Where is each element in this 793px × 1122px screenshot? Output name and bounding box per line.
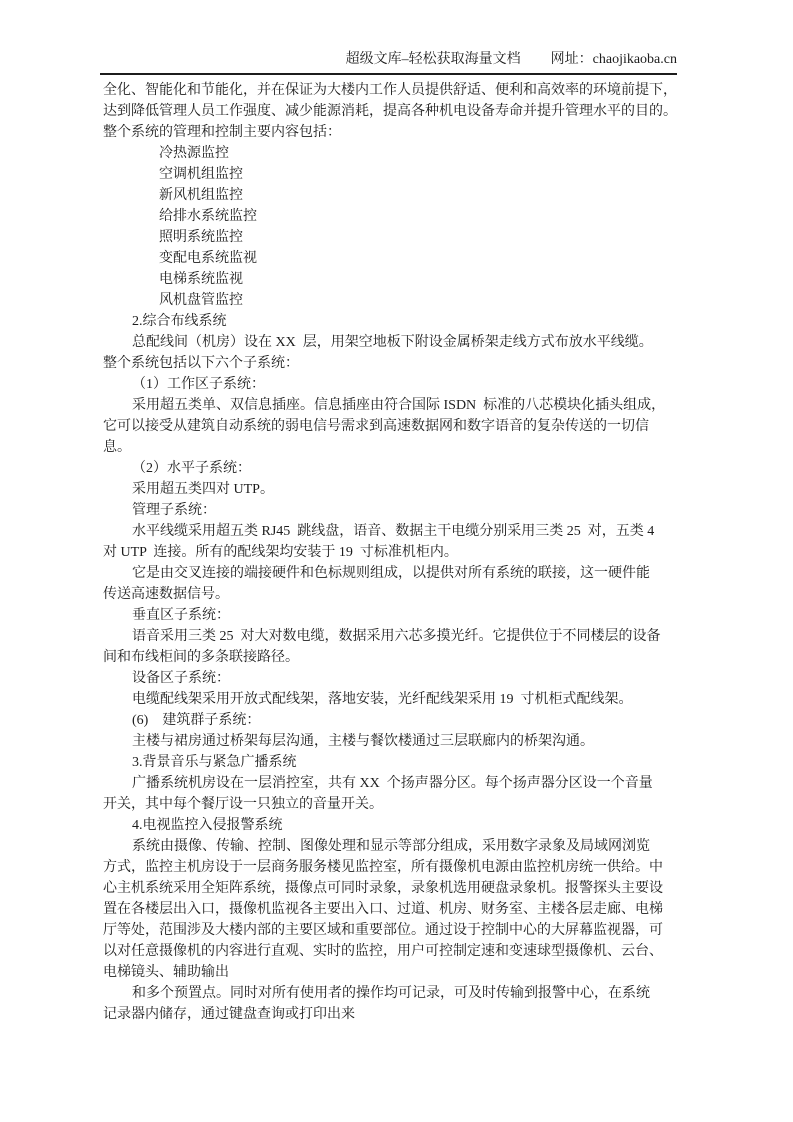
text-line: 方式，监控主机房设于一层商务服务楼见监控室，所有摄像机电源由监控机房统一供给。中 xyxy=(103,857,679,878)
text-line: 冷热源监控 xyxy=(103,143,679,164)
text-line: （1）工作区子系统： xyxy=(103,374,679,395)
text-line: 空调机组监控 xyxy=(103,164,679,185)
text-line: 心主机系统采用全矩阵系统，摄像点可同时录象，录象机选用硬盘录象机。报警探头主要设 xyxy=(103,878,679,899)
text-line: 置在各楼层出入口，摄像机监视各主要出入口、过道、机房、财务室、主楼各层走廊、电梯 xyxy=(103,899,679,920)
text-line: 主楼与裙房通过桥架每层沟通，主楼与餐饮楼通过三层联廊内的桥架沟通。 xyxy=(103,731,679,752)
text-line: 照明系统监控 xyxy=(103,227,679,248)
site-url-text: 网址：chaojikaoba.cn xyxy=(551,52,677,67)
header-rule xyxy=(100,73,677,75)
text-line: 电缆配线架采用开放式配线架，落地安装，光纤配线架采用 19 寸机柜式配线架。 xyxy=(103,689,679,710)
text-line: （2）水平子系统： xyxy=(103,458,679,479)
text-line: 它是由交叉连接的端接硬件和色标规则组成，以提供对所有系统的联接，这一硬件能 xyxy=(103,563,679,584)
site-watermark-text: 超级文库–轻松获取海量文档 xyxy=(346,52,521,67)
text-line: 它可以接受从建筑自动系统的弱电信号需求到高速数据网和数字语音的复杂传送的一切信 xyxy=(103,416,679,437)
text-line: 全化、智能化和节能化，并在保证为大楼内工作人员提供舒适、便利和高效率的环境前提下… xyxy=(103,80,679,101)
text-line: 采用超五类四对 UTP。 xyxy=(103,479,679,500)
text-line: 整个系统的管理和控制主要内容包括： xyxy=(103,122,679,143)
text-line: 新风机组监控 xyxy=(103,185,679,206)
text-line: 总配线间（机房）设在 XX 层，用架空地板下附设金属桥架走线方式布放水平线缆。 xyxy=(103,332,679,353)
page-header: 超级文库–轻松获取海量文档网址：chaojikaoba.cn xyxy=(103,50,677,69)
text-line: 设备区子系统： xyxy=(103,668,679,689)
text-line: 3.背景音乐与紧急广播系统 xyxy=(103,752,679,773)
text-line: 对 UTP 连接。所有的配线架均安装于 19 寸标准机柜内。 xyxy=(103,542,679,563)
text-line: 语音采用三类 25 对大对数电缆，数据采用六芯多摸光纤。它提供位于不同楼层的设备 xyxy=(103,626,679,647)
text-line: 4.电视监控入侵报警系统 xyxy=(103,815,679,836)
text-line: 以对任意摄像机的内容进行直观、实时的监控，用户可控制定速和变速球型摄像机、云台、 xyxy=(103,941,679,962)
text-line: 电梯镜头、辅助输出 xyxy=(103,962,679,983)
text-line: 风机盘管监控 xyxy=(103,290,679,311)
text-line: 管理子系统： xyxy=(103,500,679,521)
text-line: 给排水系统监控 xyxy=(103,206,679,227)
text-line: 水平线缆采用超五类 RJ45 跳线盘，语音、数据主干电缆分别采用三类 25 对，… xyxy=(103,521,679,542)
text-line: 电梯系统监视 xyxy=(103,269,679,290)
text-line: (6) 建筑群子系统： xyxy=(103,710,679,731)
text-line: 记录器内储存，通过键盘查询或打印出来 xyxy=(103,1004,679,1025)
text-line: 垂直区子系统： xyxy=(103,605,679,626)
text-line: 息。 xyxy=(103,437,679,458)
text-line: 间和布线柜间的多条联接路径。 xyxy=(103,647,679,668)
text-line: 采用超五类单、双信息插座。信息插座由符合国际 ISDN 标准的八芯模块化插头组成… xyxy=(103,395,679,416)
text-line: 厅等处，范围涉及大楼内部的主要区域和重要部位。通过设于控制中心的大屏幕监视器，可 xyxy=(103,920,679,941)
text-line: 系统由摄像、传输、控制、图像处理和显示等部分组成，采用数字录象及局域网浏览 xyxy=(103,836,679,857)
text-line: 广播系统机房设在一层消控室，共有 XX 个扬声器分区。每个扬声器分区设一个音量 xyxy=(103,773,679,794)
text-line: 整个系统包括以下六个子系统： xyxy=(103,353,679,374)
text-line: 2.综合布线系统 xyxy=(103,311,679,332)
text-line: 和多个预置点。同时对所有使用者的操作均可记录，可及时传输到报警中心，在系统 xyxy=(103,983,679,1004)
text-line: 传送高速数据信号。 xyxy=(103,584,679,605)
text-line: 达到降低管理人员工作强度、减少能源消耗，提高各种机电设备寿命并提升管理水平的目的… xyxy=(103,101,679,122)
text-line: 开关，其中每个餐厅设一只独立的音量开关。 xyxy=(103,794,679,815)
text-line: 变配电系统监视 xyxy=(103,248,679,269)
document-page: 超级文库–轻松获取海量文档网址：chaojikaoba.cn 全化、智能化和节能… xyxy=(0,0,793,1122)
document-body: 全化、智能化和节能化，并在保证为大楼内工作人员提供舒适、便利和高效率的环境前提下… xyxy=(103,80,679,1025)
